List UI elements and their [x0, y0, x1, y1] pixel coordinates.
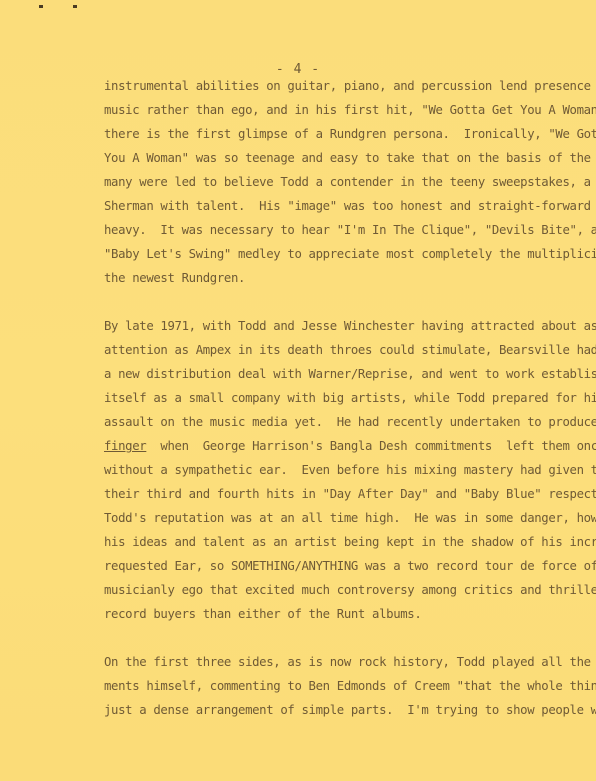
paragraph-1: instrumental abilities on guitar, piano,… [104, 74, 594, 290]
paragraph-3: On the first three sides, as is now rock… [104, 650, 594, 722]
text-line: itself as a small company with big artis… [104, 386, 594, 410]
text-line: finger when George Harrison's Bangla Des… [104, 434, 594, 458]
text-line: requested Ear, so SOMETHING/ANYTHING was… [104, 554, 594, 578]
text-line: the newest Rundgren. [104, 266, 594, 290]
text-line: his ideas and talent as an artist being … [104, 530, 594, 554]
text-line: a new distribution deal with Warner/Repr… [104, 362, 594, 386]
text-line: heavy. It was necessary to hear "I'm In … [104, 218, 594, 242]
text-line: just a dense arrangement of simple parts… [104, 698, 594, 722]
text-line: their third and fourth hits in "Day Afte… [104, 482, 594, 506]
text-line: On the first three sides, as is now rock… [104, 650, 594, 674]
text-line: assault on the music media yet. He had r… [104, 410, 594, 434]
text-line: You A Woman" was so teenage and easy to … [104, 146, 594, 170]
text-line: music rather than ego, and in his first … [104, 98, 594, 122]
paragraph-2: By late 1971, with Todd and Jesse Winche… [104, 314, 594, 626]
text-line: Sherman with talent. His "image" was too… [104, 194, 594, 218]
text-line: record buyers than either of the Runt al… [104, 602, 594, 626]
punch-mark [39, 5, 43, 8]
document-page: - 4 - instrumental abilities on guitar, … [0, 0, 596, 781]
text-line: attention as Ampex in its death throes c… [104, 338, 594, 362]
text-segment: when George Harrison's Bangla Desh commi… [146, 439, 596, 453]
text-line: there is the first glimpse of a Rundgren… [104, 122, 594, 146]
text-line: instrumental abilities on guitar, piano,… [104, 74, 594, 98]
body-text: instrumental abilities on guitar, piano,… [104, 74, 594, 722]
text-line: Todd's reputation was at an all time hig… [104, 506, 594, 530]
text-line: "Baby Let's Swing" medley to appreciate … [104, 242, 594, 266]
text-line: ments himself, commenting to Ben Edmonds… [104, 674, 594, 698]
text-segment: assault on the music media yet. He had r… [104, 415, 596, 429]
underlined-title: finger [104, 439, 146, 453]
text-line: many were led to believe Todd a contende… [104, 170, 594, 194]
text-line: without a sympathetic ear. Even before h… [104, 458, 594, 482]
text-line: musicianly ego that excited much controv… [104, 578, 594, 602]
punch-mark [73, 5, 77, 8]
text-line: By late 1971, with Todd and Jesse Winche… [104, 314, 594, 338]
